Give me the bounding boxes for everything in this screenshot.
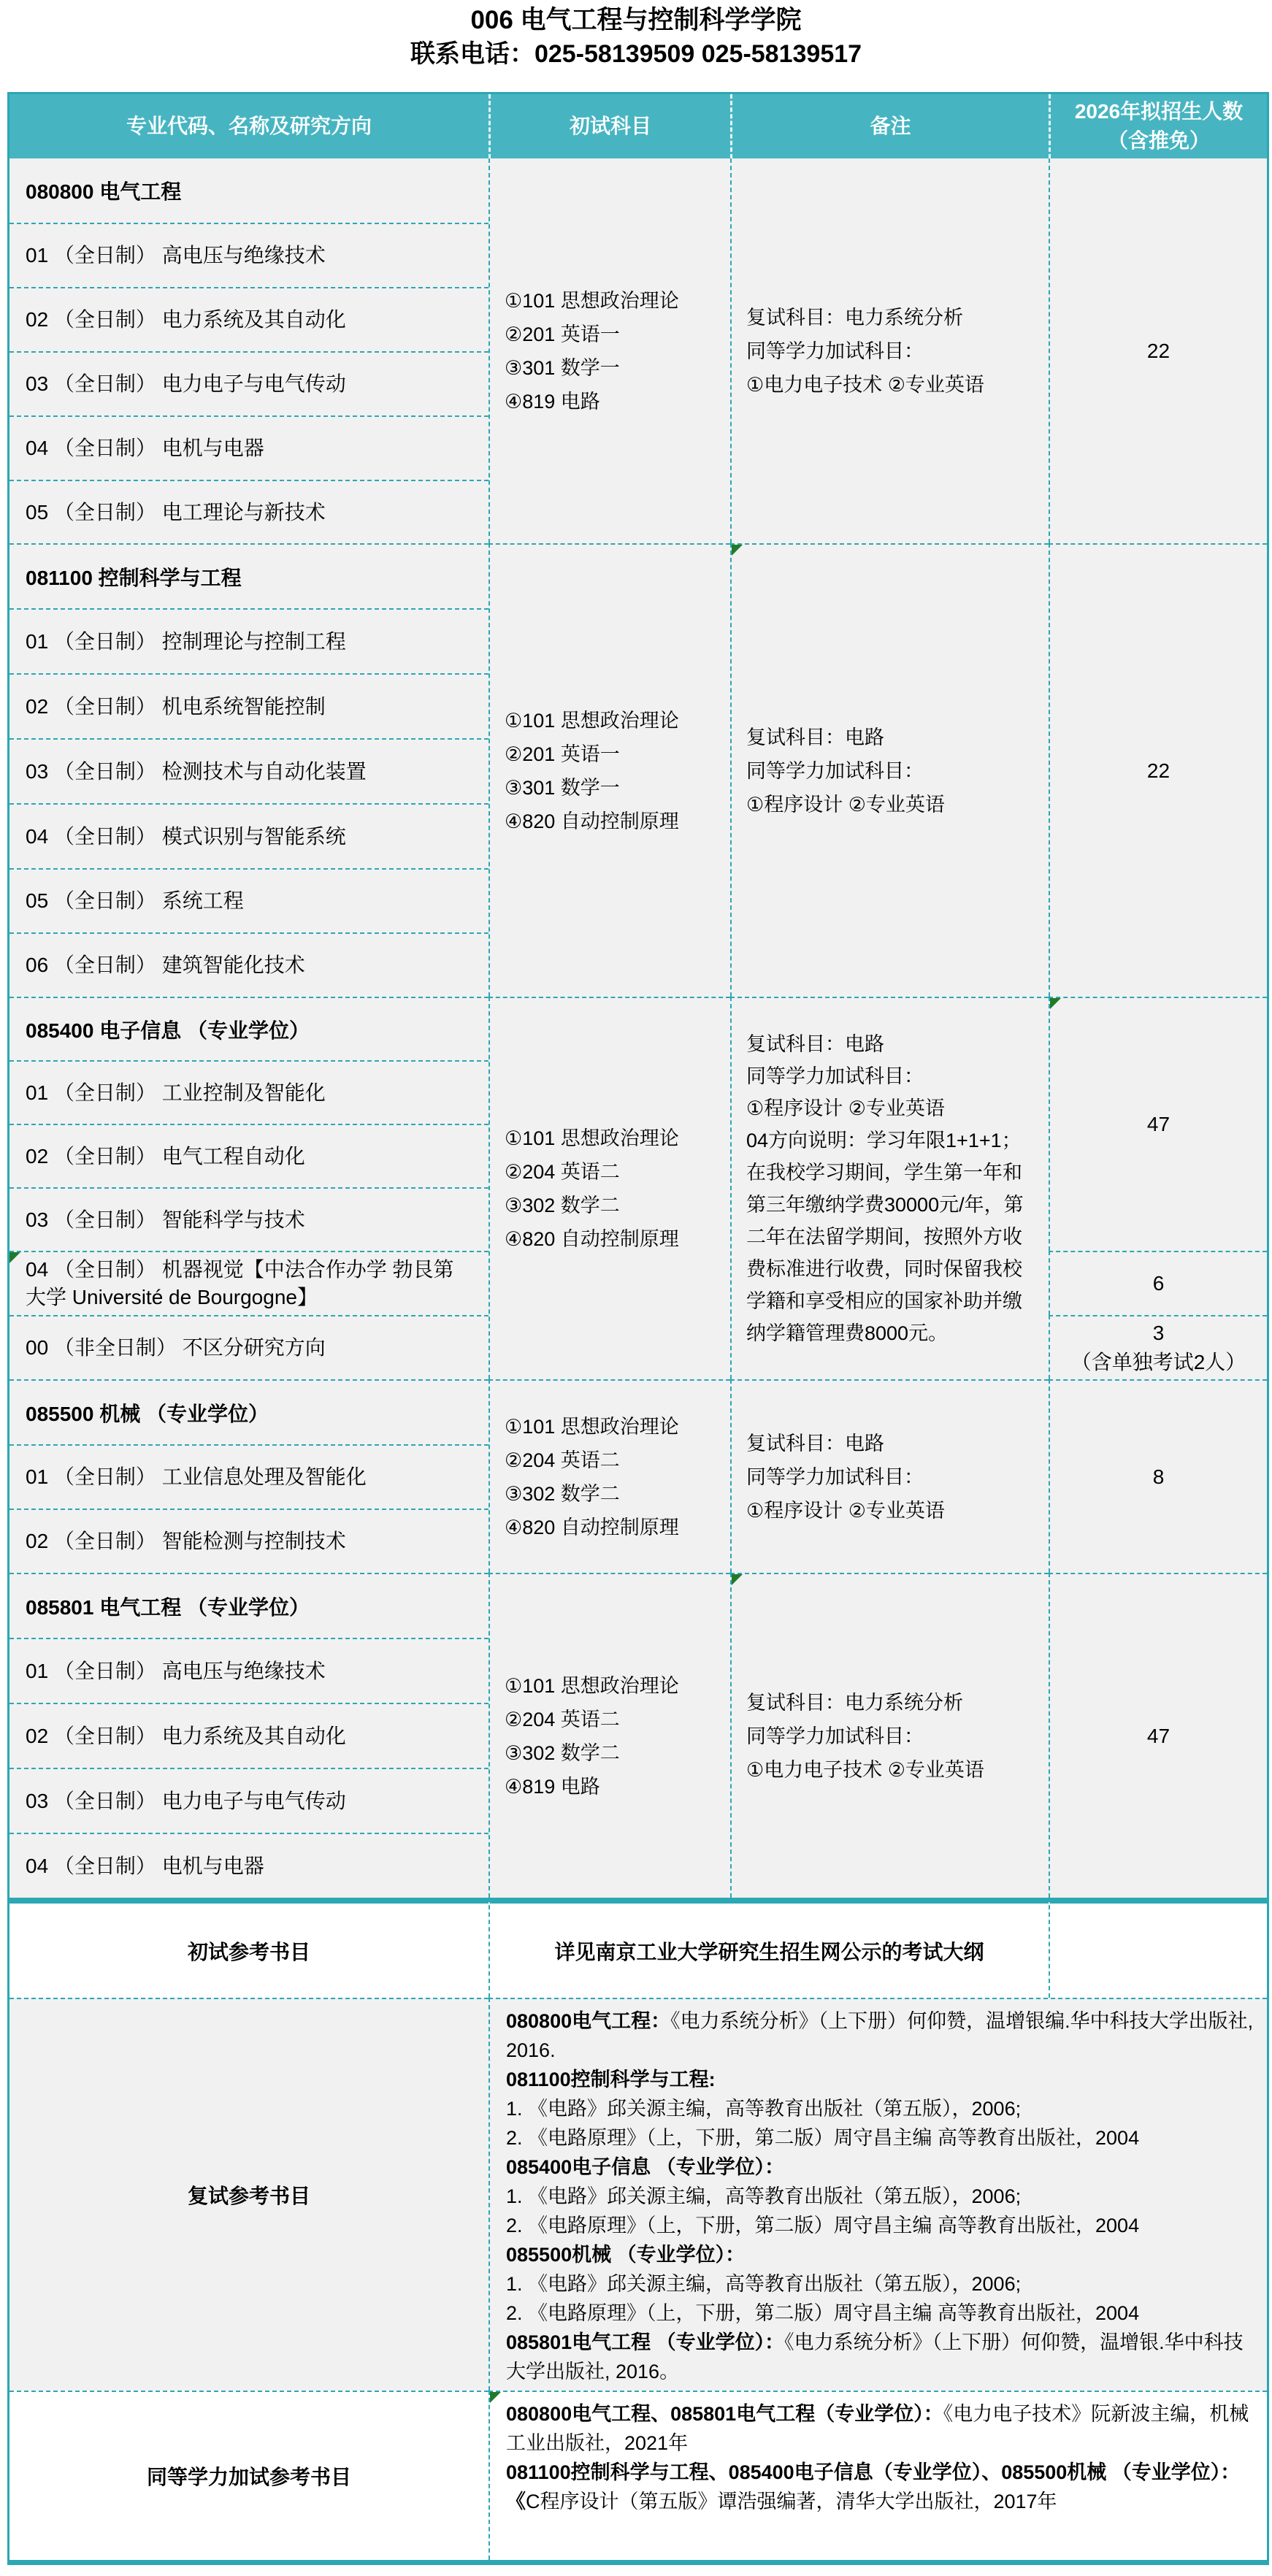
direction-cell: 01 （全日制） 高电压与绝缘技术 xyxy=(9,1638,489,1703)
remark-cell: 复试科目：电路 同等学力加试科目： ①程序设计 ②专业英语 xyxy=(730,1379,1049,1573)
footer-label: 同等学力加试参考书目 xyxy=(9,2391,489,2560)
direction-cell: 04 （全日制） 电机与电器 xyxy=(9,1833,489,1898)
enrollment-cell: 47 xyxy=(1049,1573,1267,1898)
footer-label: 初试参考书目 xyxy=(9,1898,489,1998)
ref-entry: 1. 《电路》邱关源主编，高等教育出版社（第五版），2006; xyxy=(506,2273,1021,2295)
ref-entry: 085500机械 （专业学位）： xyxy=(506,2244,745,2266)
direction-cell: 02 （全日制） 智能检测与控制技术 xyxy=(9,1509,489,1573)
table-row: 080800 电气工程 ①101 思想政治理论 ②201 英语一 ③301 数学… xyxy=(9,158,1267,223)
section-code-cell: 085400 电子信息 （专业学位） xyxy=(9,997,489,1060)
section-code-cell: 081100 控制科学与工程 xyxy=(9,543,489,608)
admissions-table: 专业代码、名称及研究方向 初试科目 备注 2026年拟招生人数 （含推免） 08… xyxy=(7,92,1269,2565)
ref-entry: 2. 《电路原理》（上，下册，第二版）周守昌主编 高等教育出版社，2004 xyxy=(506,2127,1139,2149)
contact-phone: 联系电话：025-58139509 025-58139517 xyxy=(0,38,1272,70)
table-row: 085400 电子信息 （专业学位） ①101 思想政治理论 ②204 英语二 … xyxy=(9,997,1267,1060)
direction-cell: 02 （全日制） 机电系统智能控制 xyxy=(9,673,489,738)
table-header-row: 专业代码、名称及研究方向 初试科目 备注 2026年拟招生人数 （含推免） xyxy=(9,94,1267,158)
green-corner-marker-icon xyxy=(732,1574,743,1585)
page-title: 006 电气工程与控制科学学院 xyxy=(0,0,1272,37)
table-row: 初试参考书目 详见南京工业大学研究生招生网公示的考试大纲 xyxy=(9,1898,1267,1998)
column-header-enrollment: 2026年拟招生人数 （含推免） xyxy=(1049,94,1267,158)
direction-cell: 03 （全日制） 电力电子与电气传动 xyxy=(9,351,489,415)
column-header-subjects: 初试科目 xyxy=(489,94,730,158)
ref-entry: 085801电气工程 （专业学位）： xyxy=(506,2331,784,2353)
ref-entry: 2. 《电路原理》（上，下册，第二版）周守昌主编 高等教育出版社，2004 xyxy=(506,2215,1139,2236)
direction-cell: 04 （全日制） 电机与电器 xyxy=(9,415,489,480)
enrollment-cell: 8 xyxy=(1049,1379,1267,1573)
direction-cell: 04 （全日制） 模式识别与智能系统 xyxy=(9,803,489,868)
table-row: 085500 机械 （专业学位） ①101 思想政治理论 ②204 英语二 ③3… xyxy=(9,1379,1267,1444)
direction-cell: 02 （全日制） 电力系统及其自动化 xyxy=(9,287,489,351)
direction-cell: 03 （全日制） 检测技术与自动化装置 xyxy=(9,738,489,803)
enrollment-cell: 6 xyxy=(1049,1251,1267,1315)
table-row: 085801 电气工程 （专业学位） ①101 思想政治理论 ②204 英语二 … xyxy=(9,1573,1267,1638)
direction-cell: 01 （全日制） 高电压与绝缘技术 xyxy=(9,223,489,287)
ref-entry: 085400电子信息 （专业学位）： xyxy=(506,2156,784,2178)
section-code-cell: 080800 电气工程 xyxy=(9,158,489,223)
table-row: 复试参考书目 080800电气工程：《电力系统分析》（上下册）何仰赞，温增银编.… xyxy=(9,1998,1267,2391)
direction-cell: 02 （全日制） 电力系统及其自动化 xyxy=(9,1703,489,1768)
ref-entry: 080800电气工程、085801电气工程（专业学位）： xyxy=(506,2403,943,2425)
remark-cell: 复试科目：电力系统分析 同等学力加试科目： ①电力电子技术 ②专业英语 xyxy=(730,1573,1049,1898)
table-row: 081100 控制科学与工程 ①101 思想政治理论 ②201 英语一 ③301… xyxy=(9,543,1267,608)
footer-content: 详见南京工业大学研究生招生网公示的考试大纲 xyxy=(489,1898,1049,1998)
column-header-major: 专业代码、名称及研究方向 xyxy=(9,94,489,158)
ref-entry: 2. 《电路原理》（上，下册，第二版）周守昌主编 高等教育出版社，2004 xyxy=(506,2302,1139,2324)
footer-empty-cell xyxy=(1049,1898,1267,1998)
direction-cell: 05 （全日制） 系统工程 xyxy=(9,868,489,932)
ref-entry: 081100控制科学与工程: xyxy=(506,2069,716,2090)
ref-entry: 080800电气工程： xyxy=(506,2010,670,2032)
footer-label: 复试参考书目 xyxy=(9,1998,489,2391)
direction-cell: 02 （全日制） 电气工程自动化 xyxy=(9,1124,489,1187)
direction-cell: 00 （非全日制） 不区分研究方向 xyxy=(9,1315,489,1379)
enrollment-cell: 22 xyxy=(1049,158,1267,543)
green-corner-marker-icon xyxy=(1050,998,1061,1009)
column-header-remark: 备注 xyxy=(730,94,1049,158)
ref-entry: 1. 《电路》邱关源主编，高等教育出版社（第五版），2006; xyxy=(506,2185,1021,2207)
subjects-cell: ①101 思想政治理论 ②204 英语二 ③302 数学二 ④820 自动控制原… xyxy=(489,997,730,1379)
remark-cell: 复试科目：电路 同等学力加试科目： ①程序设计 ②专业英语 04方向说明：学习年… xyxy=(730,997,1049,1379)
direction-cell: 01 （全日制） 工业控制及智能化 xyxy=(9,1060,489,1124)
enrollment-cell: 3 （含单独考试2人） xyxy=(1049,1315,1267,1379)
green-corner-marker-icon xyxy=(490,2392,501,2403)
direction-cell: 06 （全日制） 建筑智能化技术 xyxy=(9,932,489,997)
enrollment-cell: 22 xyxy=(1049,543,1267,997)
ref-entry: C程序设计（第五版》谭浩强编著，清华大学出版社，2017年 xyxy=(526,2491,1057,2512)
subjects-cell: ①101 思想政治理论 ②201 英语一 ③301 数学一 ④820 自动控制原… xyxy=(489,543,730,997)
direction-cell: 03 （全日制） 智能科学与技术 xyxy=(9,1187,489,1251)
footer-content: 080800电气工程、085801电气工程（专业学位）：《电力电子技术》阮新波主… xyxy=(489,2391,1267,2560)
section-code-cell: 085801 电气工程 （专业学位） xyxy=(9,1573,489,1638)
direction-cell: 01 （全日制） 工业信息处理及智能化 xyxy=(9,1444,489,1509)
green-corner-marker-icon xyxy=(732,545,743,556)
footer-content: 080800电气工程：《电力系统分析》（上下册）何仰赞，温增银编.华中科技大学出… xyxy=(489,1998,1267,2391)
section-code-cell: 085500 机械 （专业学位） xyxy=(9,1379,489,1444)
ref-entry: 1. 《电路》邱关源主编，高等教育出版社（第五版），2006; xyxy=(506,2098,1021,2120)
remark-cell: 复试科目：电路 同等学力加试科目： ①程序设计 ②专业英语 xyxy=(730,543,1049,997)
direction-cell: 03 （全日制） 电力电子与电气传动 xyxy=(9,1768,489,1833)
remark-cell: 复试科目：电力系统分析 同等学力加试科目： ①电力电子技术 ②专业英语 xyxy=(730,158,1049,543)
enrollment-cell: 47 xyxy=(1049,997,1267,1251)
subjects-cell: ①101 思想政治理论 ②201 英语一 ③301 数学一 ④819 电路 xyxy=(489,158,730,543)
subjects-cell: ①101 思想政治理论 ②204 英语二 ③302 数学二 ④820 自动控制原… xyxy=(489,1379,730,1573)
direction-cell: 04 （全日制） 机器视觉【中法合作办学 勃艮第大学 Université de… xyxy=(9,1251,489,1315)
table-row: 同等学力加试参考书目 080800电气工程、085801电气工程（专业学位）：《… xyxy=(9,2391,1267,2560)
direction-cell: 01 （全日制） 控制理论与控制工程 xyxy=(9,608,489,673)
subjects-cell: ①101 思想政治理论 ②204 英语二 ③302 数学二 ④819 电路 xyxy=(489,1573,730,1898)
green-corner-marker-icon xyxy=(9,1252,20,1263)
direction-cell: 05 （全日制） 电工理论与新技术 xyxy=(9,480,489,543)
